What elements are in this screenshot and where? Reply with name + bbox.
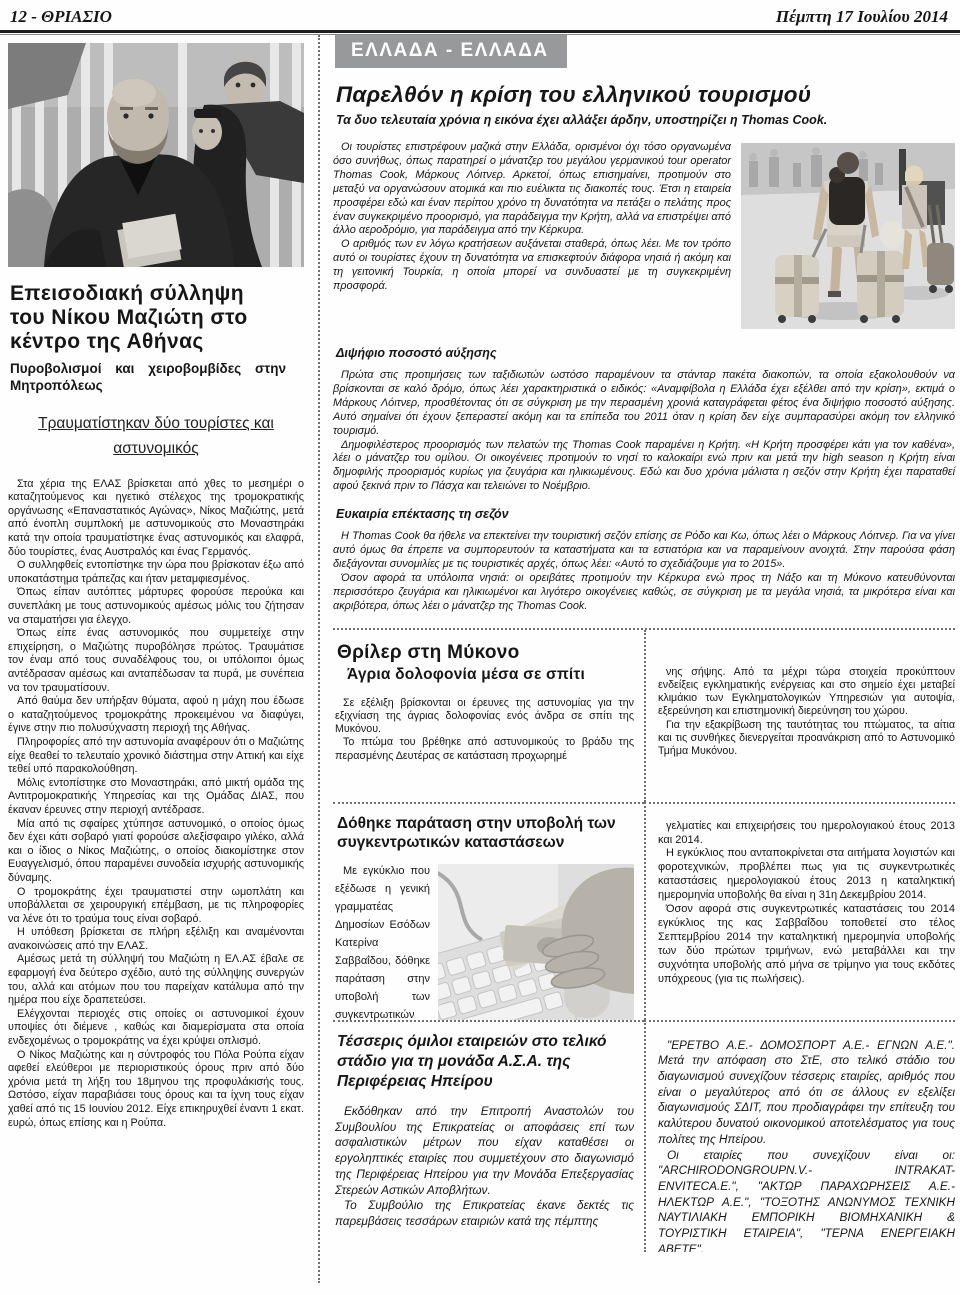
- epirus-col-b: "ΕΡΕΤΒΟ Α.Ε.- ΔΟΜΟΣΠΟΡΤ Α.Ε.- ΕΓΝΩΝ Α.Ε.…: [644, 1020, 955, 1252]
- paragraph: Το πτώμα του βρέθηκε από αστυνομικούς το…: [335, 736, 634, 763]
- keyboard-money-photo: [438, 864, 634, 1019]
- paragraph: Οι εταιρίες που συνεχίζουν είναι οι: "AR…: [658, 1148, 955, 1252]
- paragraph: Δημοφιλέστερος προορισμός των πελατών τη…: [333, 439, 955, 495]
- paragraph: Ο Νίκος Μαζιώτης και η σύντροφός του Πόλ…: [8, 1049, 304, 1131]
- paragraph: Στα χέρια της ΕΛΑΣ βρίσκεται από χθες το…: [8, 478, 304, 560]
- mykonos-col-a: Θρίλερ στη Μύκονο Άγρια δολοφονία μέσα σ…: [333, 630, 644, 802]
- paragraph: Όπως είπε ένας αστυνομικός που συμμετείχ…: [8, 627, 304, 695]
- section-banner: ΕΛΛΑΔΑ - ΕΛΛΑΔΑ: [335, 35, 567, 68]
- tax-col-b: γελματίες και επιχειρήσεις του ημερολογι…: [644, 802, 955, 1020]
- paragraph: Η Thomas Cook θα ήθελε να επεκτείνει την…: [333, 530, 955, 572]
- paragraph: Μία από τις σφαίρες χτύπησε αστυνομικό, …: [8, 818, 304, 886]
- masthead-date: Πέμπτη 17 Ιουλίου 2014: [776, 7, 948, 27]
- tourism-subtitle: Τα δυο τελευταία χρόνια η εικόνα έχει αλ…: [336, 113, 955, 127]
- left-article-body: Στα χέρια της ΕΛΑΣ βρίσκεται από χθες το…: [8, 478, 304, 1131]
- paragraph: Αμέσως μετά τη σύλληψή του Μαζιώτη η ΕΛ.…: [8, 953, 304, 1007]
- left-article-deck: Τραυματίστηκαν δύο τουρίστες και αστυνομ…: [14, 411, 298, 462]
- paragraph: Όπως είπαν αυτόπτες μάρτυρες φορούσε περ…: [8, 586, 304, 627]
- mykonos-kicker: Θρίλερ στη Μύκονο: [337, 642, 634, 664]
- paragraph: Ο συλληφθείς εντοπίστηκε την ώρα που βρί…: [8, 559, 304, 586]
- subsection-heading-season: Ευκαιρία επέκτασης τη σεζόν: [336, 507, 955, 521]
- epirus-headline: Τέσσερις όμιλοι εταιρειών στο τελικό στά…: [337, 1032, 634, 1092]
- paragraph: Πρώτα στις προτιμήσεις των ταξιδιωτών ωσ…: [333, 369, 955, 439]
- paragraph: Μόλις εντοπίστηκε στο Μοναστηράκι, από μ…: [8, 777, 304, 818]
- paragraph: Το Συμβούλιο της Επικρατείας έκανε δεκτέ…: [335, 1198, 634, 1229]
- keyboard-money-illustration: [438, 864, 634, 1019]
- tourism-title: Παρελθόν η κρίση του ελληνικού τουρισμού: [336, 82, 955, 108]
- left-article-headline: Επεισοδιακή σύλληψη του Νίκου Μαζιώτη στ…: [10, 282, 282, 354]
- tax-headline: Δόθηκε παράταση στην υποβολή των συγκεντ…: [337, 814, 634, 853]
- paragraph: Ο τρομοκράτης έχει τραυματιστεί στην ωμο…: [8, 886, 304, 927]
- subsection-heading-growth: Διψήφιο ποσοστό αύξησης: [336, 346, 955, 360]
- tax-continuation: γελματίες και επιχειρήσεις του ημερολογι…: [658, 820, 955, 987]
- masthead: 12 - ΘΡΙΑΣΙΟ Πέμπτη 17 Ιουλίου 2014: [0, 0, 960, 30]
- paragraph: "ΕΡΕΤΒΟ Α.Ε.- ΔΟΜΟΣΠΟΡΤ Α.Ε.- ΕΓΝΩΝ Α.Ε.…: [658, 1038, 955, 1148]
- paragraph: Για την εξακρίβωση της ταυτότητας του πτ…: [658, 719, 955, 759]
- paragraph: Πληροφορίες από την αστυνομία αναφέρουν …: [8, 736, 304, 777]
- bottom-story-grid: Θρίλερ στη Μύκονο Άγρια δολοφονία μέσα σ…: [333, 628, 955, 1252]
- arrest-photo: [8, 43, 304, 267]
- epirus-col-a: Τέσσερις όμιλοι εταιρειών στο τελικό στά…: [333, 1020, 644, 1252]
- paragraph: Η υπόθεση βρίσκεται σε πλήρη εξέλιξη και…: [8, 926, 304, 953]
- main-column: ΕΛΛΑΔΑ - ΕΛΛΑΔΑ Παρελθόν η κρίση του ελλ…: [320, 35, 955, 1283]
- paragraph: γελματίες και επιχειρήσεις του ημερολογι…: [658, 820, 955, 848]
- paragraph: Σε εξέλιξη βρίσκονται οι έρευνες της αστ…: [335, 697, 634, 737]
- paragraph: Ελέγχονται περιοχές στις οποίες οι αστυν…: [8, 1008, 304, 1049]
- paragraph: Όσον αφορά τα υπόλοιπα νησιά: οι ορειβάτ…: [333, 572, 955, 614]
- tourists-photo-illustration: [741, 143, 955, 329]
- paragraph: νης σήψης. Από τα μέχρι τώρα στοιχεία πρ…: [658, 666, 955, 719]
- arrest-photo-illustration: [8, 43, 304, 267]
- paragraph: Η εγκύκλιος που ανταποκρίνεται στα αιτήμ…: [658, 847, 955, 903]
- subsection-season: Η Thomas Cook θα ήθελε να επεκτείνει την…: [333, 530, 955, 613]
- tourism-lead: Οι τουρίστες επιστρέφουν μαζικά στην Ελλ…: [333, 141, 955, 333]
- tax-body: Με εγκύκλιο που εξέδωσε η γενική γραμματ…: [335, 862, 634, 1019]
- left-column: Επεισοδιακή σύλληψη του Νίκου Μαζιώτη στ…: [8, 35, 320, 1283]
- page-content: Επεισοδιακή σύλληψη του Νίκου Μαζιώτη στ…: [0, 35, 960, 1283]
- mykonos-col-b: νης σήψης. Από τα μέχρι τώρα στοιχεία πρ…: [644, 630, 955, 802]
- tourists-luggage-photo: [741, 143, 955, 329]
- paragraph: Από θαύμα δεν υπήρξαν θύματα, αφού η μάχ…: [8, 695, 304, 736]
- masthead-edition: 12 - ΘΡΙΑΣΙΟ: [10, 7, 112, 27]
- mykonos-headline: Άγρια δολοφονία μέσα σε σπίτι: [347, 666, 634, 684]
- paragraph: Όσον αφορά στις συγκεντρωτικές καταστάσε…: [658, 903, 955, 986]
- subsection-growth: Πρώτα στις προτιμήσεις των ταξιδιωτών ωσ…: [333, 369, 955, 494]
- paragraph: Εκδόθηκαν από την Επιτροπή Αναστολών του…: [335, 1104, 634, 1198]
- tax-col-a: Δόθηκε παράταση στην υποβολή των συγκεντ…: [333, 802, 644, 1020]
- left-article-subhead: Πυροβολισμοί και χειροβομβίδες στην Μητρ…: [10, 361, 286, 395]
- newspaper-page: 12 - ΘΡΙΑΣΙΟ Πέμπτη 17 Ιουλίου 2014: [0, 0, 960, 1295]
